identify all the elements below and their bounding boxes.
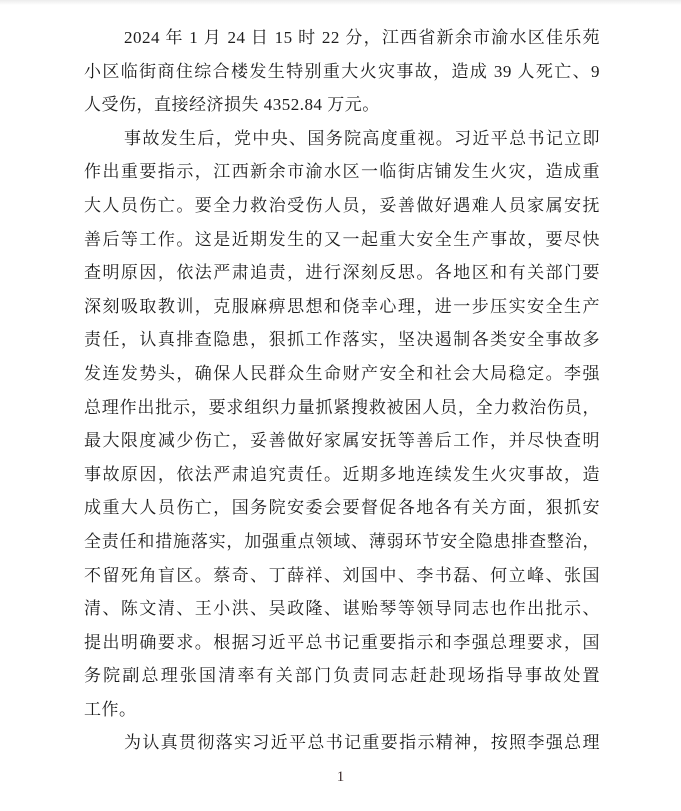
text-line: 小区临街商住综合楼发生特别重大火灾事故，造成 39 人死亡、9 <box>84 55 600 89</box>
text-line: 善后等工作。这是近期发生的又一起重大安全生产事故，要尽快 <box>84 223 600 257</box>
text-line: 作出重要指示，江西新余市渝水区一临街店铺发生火灾，造成重 <box>84 155 600 189</box>
text-line: 工作。 <box>84 693 600 727</box>
document-text-block: 2024 年 1 月 24 日 15 时 22 分，江西省新余市渝水区佳乐苑 小… <box>84 21 600 760</box>
text-line: 事故原因，依法严肃追究责任。近期多地连续发生火灾事故，造 <box>84 458 600 492</box>
text-line: 查明原因，依法严肃追责，进行深刻反思。各地区和有关部门要 <box>84 256 600 290</box>
text-line: 为认真贯彻落实习近平总书记重要指示精神，按照李强总理 <box>84 726 600 760</box>
text-line: 大人员伤亡。要全力救治受伤人员，妥善做好遇难人员家属安抚 <box>84 189 600 223</box>
page-number: 1 <box>0 768 681 786</box>
text-line: 不留死角盲区。蔡奇、丁薛祥、刘国中、李书磊、何立峰、张国 <box>84 559 600 593</box>
text-line: 深刻吸取教训，克服麻痹思想和侥幸心理，进一步压实安全生产 <box>84 290 600 324</box>
text-line: 提出明确要求。根据习近平总书记重要指示和李强总理要求，国 <box>84 626 600 660</box>
text-line: 清、陈文清、王小洪、吴政隆、谌贻琴等领导同志也作出批示、 <box>84 592 600 626</box>
text-line: 事故发生后，党中央、国务院高度重视。习近平总书记立即 <box>84 122 600 156</box>
text-line: 务院副总理张国清率有关部门负责同志赶赴现场指导事故处置 <box>84 659 600 693</box>
text-line: 责任，认真排查隐患，狠抓工作落实，坚决遏制各类安全事故多 <box>84 323 600 357</box>
text-line: 成重大人员伤亡，国务院安委会要督促各地各有关方面，狠抓安 <box>84 491 600 525</box>
text-line: 最大限度减少伤亡，妥善做好家属安抚等善后工作，并尽快查明 <box>84 424 600 458</box>
text-line: 人受伤，直接经济损失 4352.84 万元。 <box>84 88 600 122</box>
text-line: 总理作出批示，要求组织力量抓紧搜救被困人员，全力救治伤员， <box>84 391 600 425</box>
document-page: { "document": { "page_number": "1", "lin… <box>0 0 681 811</box>
text-line: 2024 年 1 月 24 日 15 时 22 分，江西省新余市渝水区佳乐苑 <box>84 21 600 55</box>
text-line: 全责任和措施落实，加强重点领域、薄弱环节安全隐患排查整治， <box>84 525 600 559</box>
text-line: 发连发势头，确保人民群众生命财产安全和社会大局稳定。李强 <box>84 357 600 391</box>
page-top-edge-shadow <box>0 0 681 5</box>
